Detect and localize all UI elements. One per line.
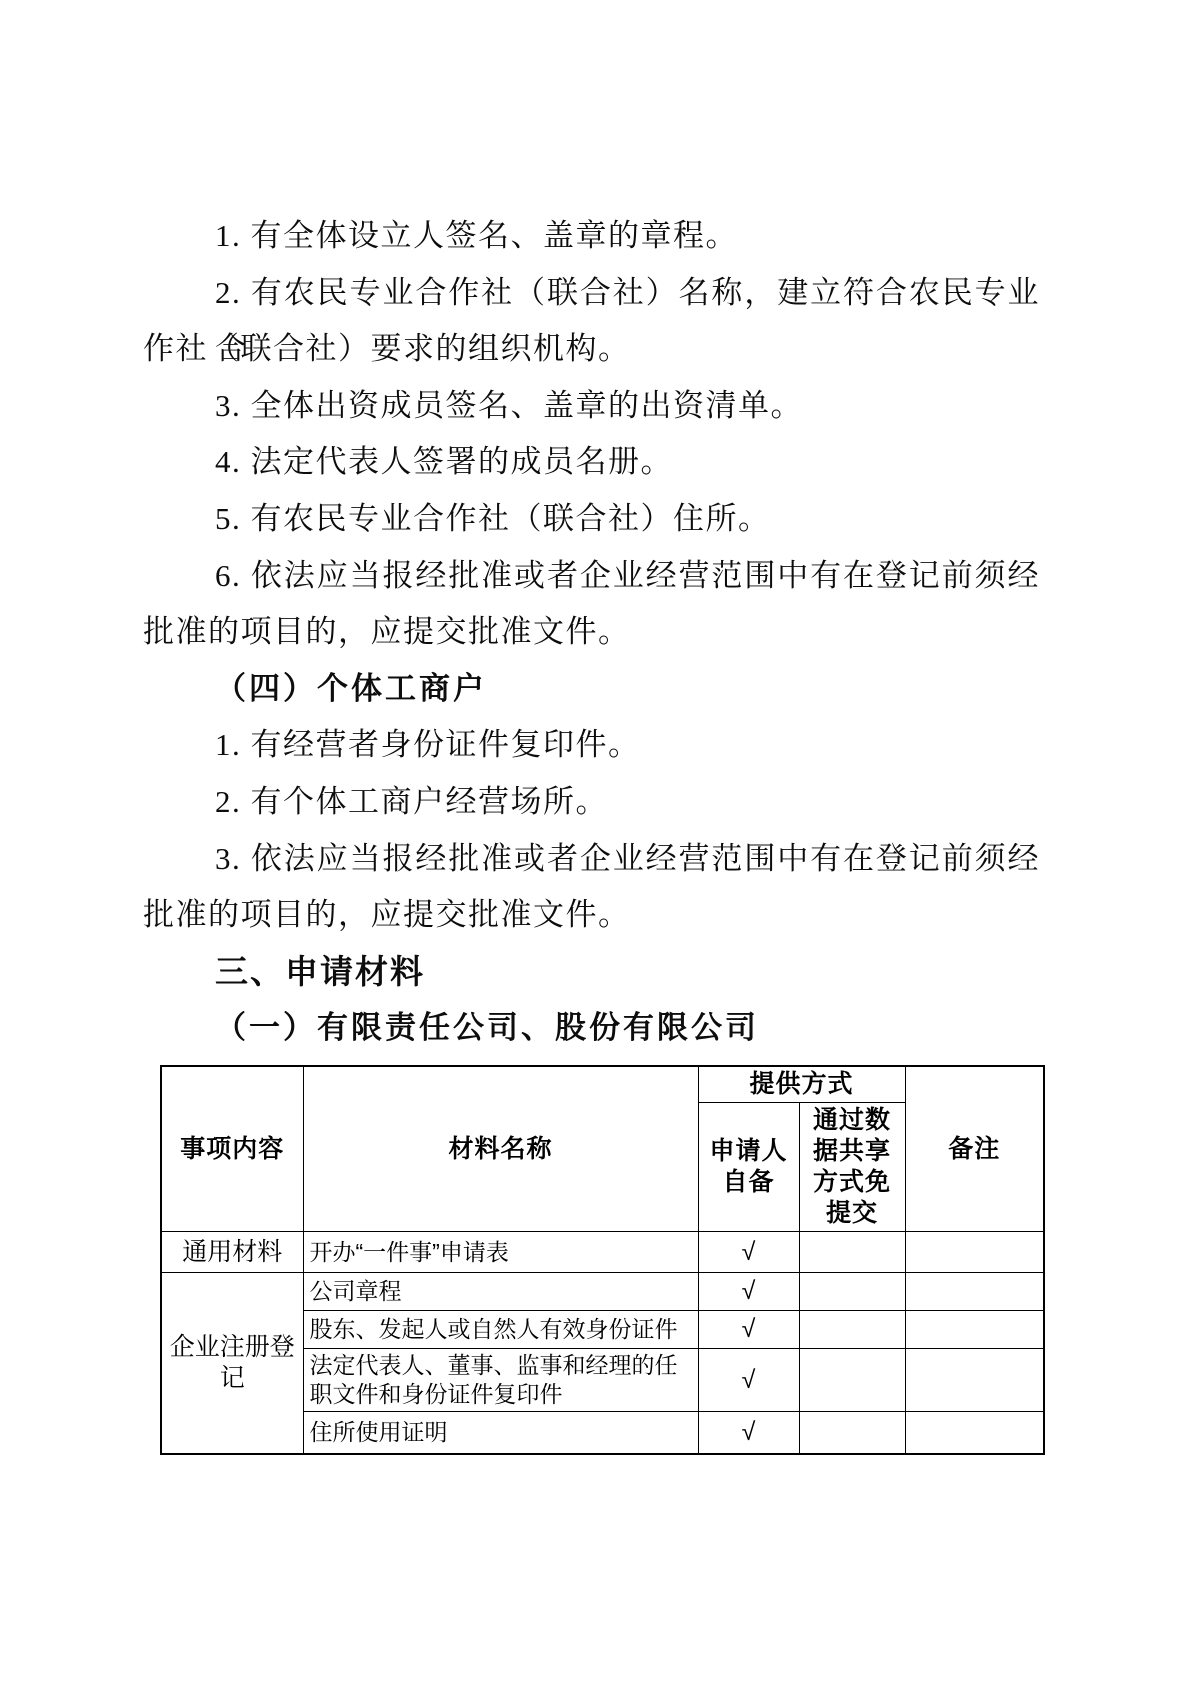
subsection-heading-individual-business: （四）个体工商户 xyxy=(143,661,1040,718)
cell-material: 股东、发起人或自然人有效身份证件 xyxy=(303,1311,698,1349)
cell-check-self: √ xyxy=(698,1273,799,1311)
body-line: 1. 有全体设立人签名、盖章的章程。 xyxy=(143,208,1040,265)
cell-note xyxy=(905,1349,1044,1412)
body-line: 2. 有个体工商户经营场所。 xyxy=(143,774,1040,831)
body-line: 批准的项目的，应提交批准文件。 xyxy=(143,887,1040,944)
cell-material: 法定代表人、董事、监事和经理的任职文件和身份证件复印件 xyxy=(303,1349,698,1412)
section-heading-application-materials: 三、申请材料 xyxy=(143,944,1040,1001)
subsection-heading-limited-company: （一）有限责任公司、股份有限公司 xyxy=(143,1000,1040,1057)
cell-share xyxy=(799,1412,905,1454)
header-provide-method: 提供方式 xyxy=(698,1066,905,1103)
header-self-provided: 申请人自备 xyxy=(698,1103,799,1232)
body-line: 2. 有农民专业合作社（联合社）名称，建立符合农民专业合 xyxy=(143,265,1040,322)
table-row: 企业注册登记 公司章程 √ xyxy=(161,1273,1044,1311)
body-line: 5. 有农民专业合作社（联合社）住所。 xyxy=(143,491,1040,548)
cell-note xyxy=(905,1311,1044,1349)
document-body: 1. 有全体设立人签名、盖章的章程。 2. 有农民专业合作社（联合社）名称，建立… xyxy=(143,208,1040,1057)
cell-check-self: √ xyxy=(698,1349,799,1412)
document-page: 1. 有全体设立人签名、盖章的章程。 2. 有农民专业合作社（联合社）名称，建立… xyxy=(0,0,1189,1683)
body-line: 4. 法定代表人签署的成员名册。 xyxy=(143,434,1040,491)
cell-material: 开办“一件事”申请表 xyxy=(303,1232,698,1273)
cell-material: 公司章程 xyxy=(303,1273,698,1311)
cell-note xyxy=(905,1412,1044,1454)
cell-share xyxy=(799,1311,905,1349)
cell-share xyxy=(799,1349,905,1412)
cell-material: 住所使用证明 xyxy=(303,1412,698,1454)
body-line: 作社（联合社）要求的组织机构。 xyxy=(143,321,1040,378)
header-material-name: 材料名称 xyxy=(303,1066,698,1232)
table-row: 通用材料 开办“一件事”申请表 √ xyxy=(161,1232,1044,1273)
body-line: 1. 有经营者身份证件复印件。 xyxy=(143,717,1040,774)
cell-check-self: √ xyxy=(698,1232,799,1273)
cell-note xyxy=(905,1232,1044,1273)
header-data-share-exempt: 通过数据共享方式免提交 xyxy=(799,1103,905,1232)
body-line: 3. 全体出资成员签名、盖章的出资清单。 xyxy=(143,378,1040,435)
body-line: 3. 依法应当报经批准或者企业经营范围中有在登记前须经 xyxy=(143,831,1040,888)
header-remarks: 备注 xyxy=(905,1066,1044,1232)
cell-category: 企业注册登记 xyxy=(161,1273,303,1454)
cell-share xyxy=(799,1273,905,1311)
cell-note xyxy=(905,1273,1044,1311)
header-item-content: 事项内容 xyxy=(161,1066,303,1232)
cell-check-self: √ xyxy=(698,1412,799,1454)
cell-check-self: √ xyxy=(698,1311,799,1349)
body-line: 批准的项目的，应提交批准文件。 xyxy=(143,604,1040,661)
cell-category: 通用材料 xyxy=(161,1232,303,1273)
body-line: 6. 依法应当报经批准或者企业经营范围中有在登记前须经 xyxy=(143,548,1040,605)
cell-share xyxy=(799,1232,905,1273)
application-materials-table: 事项内容 材料名称 提供方式 备注 申请人自备 通过数据共享方式免提交 通用材料… xyxy=(160,1065,1045,1455)
